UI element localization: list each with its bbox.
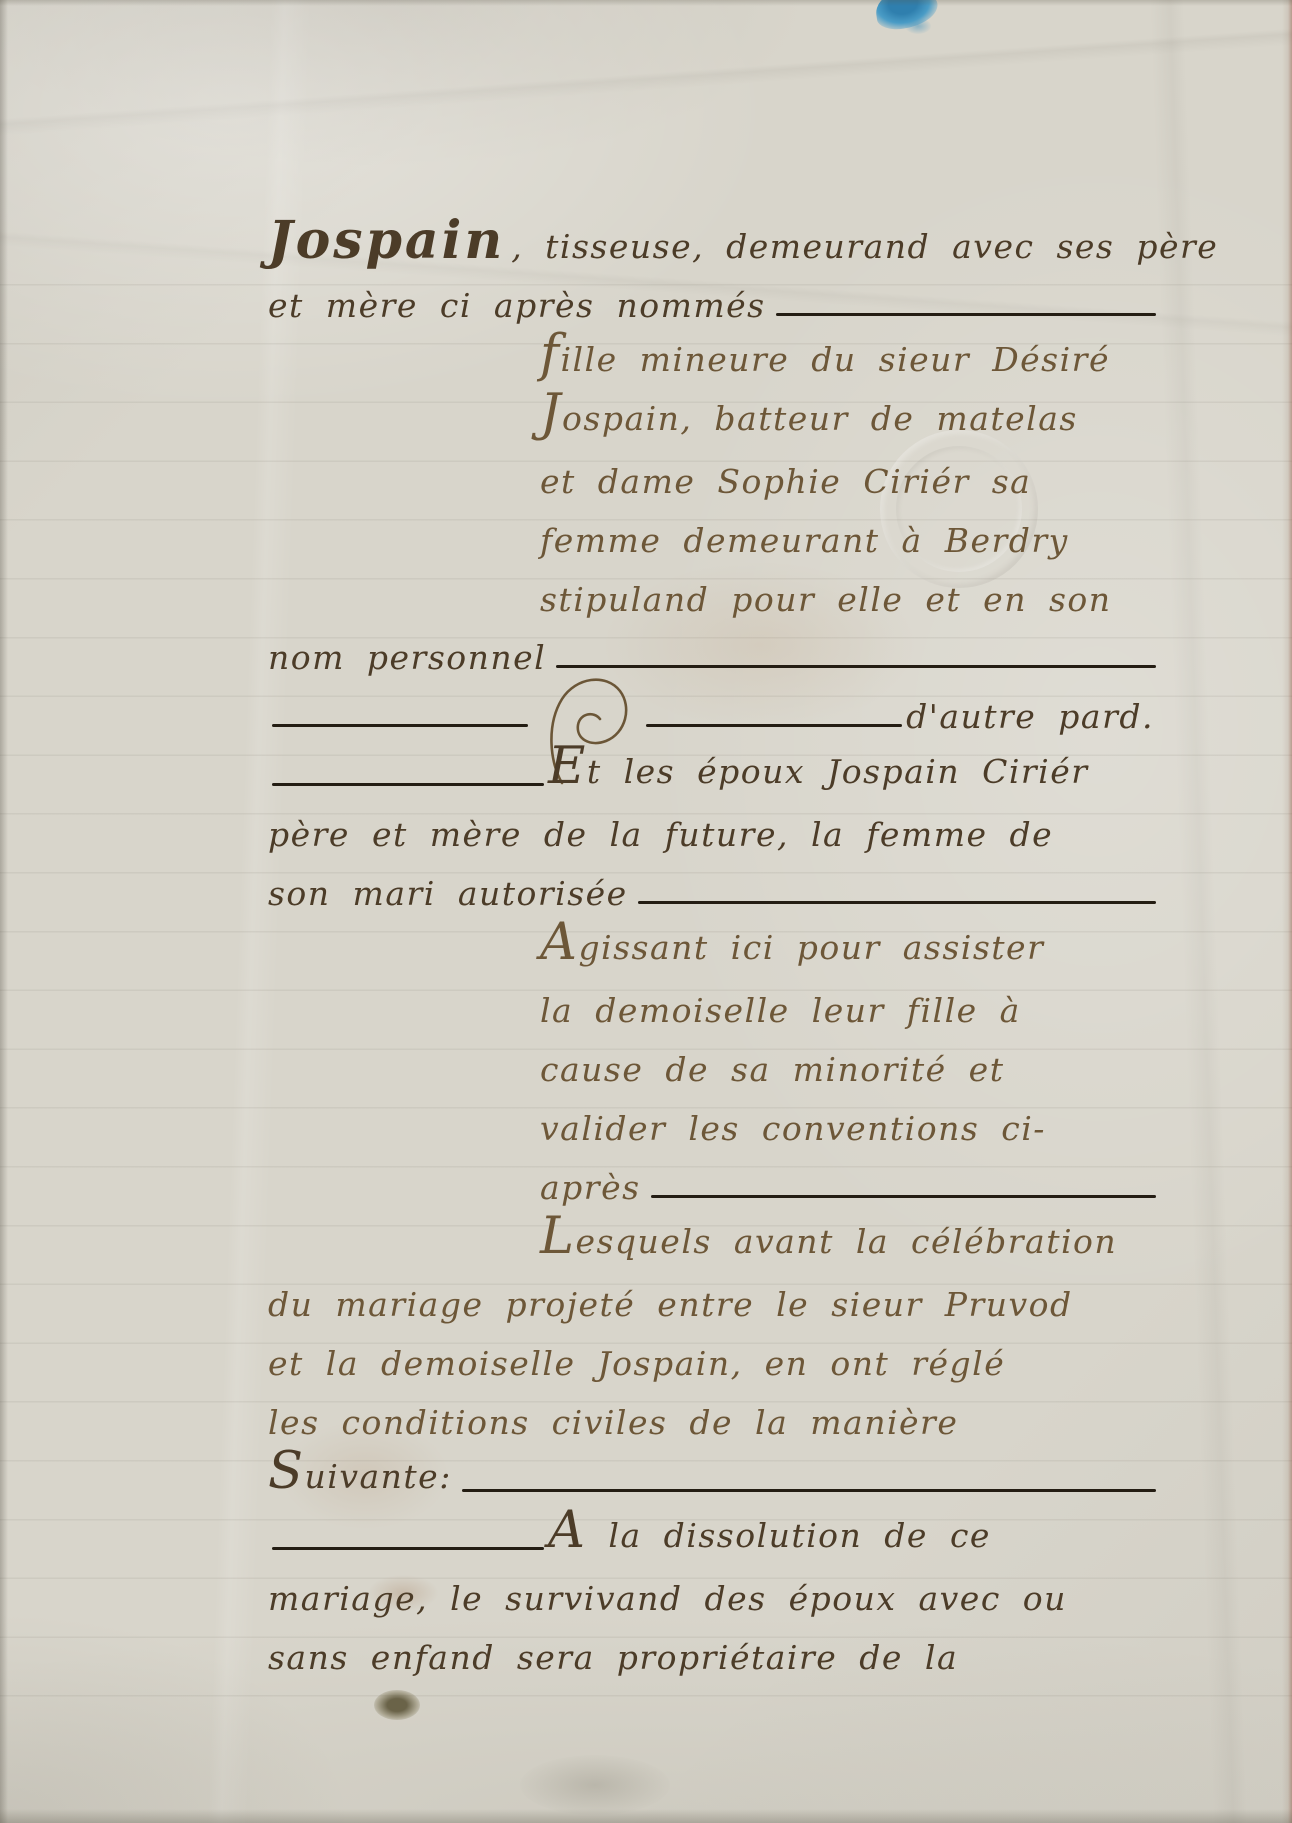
manuscript-line: son mari autorisée [268, 857, 1160, 916]
page-bottom-edge [0, 1809, 1292, 1823]
ink-rule-filler [646, 724, 902, 727]
manuscript-line: après [540, 1151, 1160, 1210]
blue-ink-stain-small [905, 18, 931, 34]
manuscript-line: et la demoiselle Jospain, en ont réglé [268, 1327, 1160, 1386]
handwritten-text: Jospain, batteur de matelas [540, 388, 1084, 445]
manuscript-line: cause de sa minorité et [540, 1033, 1160, 1092]
manuscript-line: Jospain, tisseuse, demeurand avec ses pè… [268, 210, 1160, 269]
handwritten-text: et mère ci après nommés [268, 289, 772, 328]
handwritten-text: stipuland pour elle et en son [540, 583, 1118, 622]
manuscript-line: et mère ci après nommés [268, 269, 1160, 328]
handwritten-text: la demoiselle leur fille à [540, 994, 1027, 1033]
handwritten-text: fille mineure du sieur Désiré [540, 329, 1116, 386]
handwritten-text: et dame Sophie Ciriér sa [540, 465, 1037, 504]
page-top-edge [0, 0, 1292, 6]
handwritten-text: d'autre pard. [906, 700, 1160, 739]
handwritten-text: Agissant ici pour assister [540, 917, 1050, 974]
handwritten-text: et la demoiselle Jospain, en ont réglé [268, 1347, 1011, 1386]
ink-rule-filler [462, 1489, 1156, 1492]
manuscript-line: nom personnel [268, 622, 1160, 681]
page-right-edge [1282, 0, 1292, 1823]
handwritten-text: Jospain [268, 215, 511, 269]
handwritten-text: les conditions civiles de la manière [268, 1406, 964, 1445]
manuscript-line: et dame Sophie Ciriér sa [540, 445, 1160, 504]
handwritten-text: femme demeurant à Berdry [540, 524, 1075, 563]
handwritten-text: nom personnel [268, 641, 552, 680]
ink-rule-filler [272, 724, 528, 727]
handwritten-text: , tisseuse, demeurand avec ses père [511, 230, 1224, 269]
dark-ink-spot [374, 1690, 420, 1720]
manuscript-line: du mariage projeté entre le sieur Pruvod [268, 1268, 1160, 1327]
manuscript-text: Jospain, tisseuse, demeurand avec ses pè… [268, 210, 1160, 1680]
ink-rule-filler [651, 1195, 1156, 1198]
manuscript-line: fille mineure du sieur Désiré [540, 328, 1160, 387]
manuscript-line: femme demeurant à Berdry [540, 504, 1160, 563]
manuscript-line: A la dissolution de ce [268, 1504, 1160, 1563]
gray-smudge [520, 1755, 670, 1815]
handwritten-text: sans enfand sera propriétaire de la [268, 1641, 964, 1680]
manuscript-line: père et mère de la future, la femme de [268, 798, 1160, 857]
manuscript-line: mariage, le survivand des époux avec ou [268, 1562, 1160, 1621]
handwritten-text: du mariage projeté entre le sieur Pruvod [268, 1288, 1079, 1327]
ink-rule-filler [638, 901, 1156, 904]
handwritten-text: Lesquels avant la célébration [540, 1211, 1123, 1268]
manuscript-line: Jospain, batteur de matelas [540, 386, 1160, 445]
manuscript-line: valider les conventions ci- [540, 1092, 1160, 1151]
manuscript-line: d'autre pard. [268, 680, 1160, 739]
handwritten-text: valider les conventions ci- [540, 1112, 1052, 1151]
manuscript-line: sans enfand sera propriétaire de la [268, 1621, 1160, 1680]
scanned-document: { "page": { "kind": "handwritten notaria… [0, 0, 1292, 1823]
handwritten-text: A la dissolution de ce [548, 1505, 997, 1562]
manuscript-line: Suivante: [268, 1445, 1160, 1504]
page-left-edge [0, 0, 8, 1823]
manuscript-line: la demoiselle leur fille à [540, 974, 1160, 1033]
handwritten-text: mariage, le survivand des époux avec ou [268, 1582, 1073, 1621]
ink-rule-filler [272, 783, 544, 786]
ink-rule-filler [556, 665, 1156, 668]
manuscript-line: Agissant ici pour assister [540, 916, 1160, 975]
manuscript-line: les conditions civiles de la manière [268, 1386, 1160, 1445]
handwritten-text: père et mère de la future, la femme de [268, 818, 1059, 857]
manuscript-line: Lesquels avant la célébration [540, 1210, 1160, 1269]
handwritten-text: Suivante: [268, 1446, 458, 1503]
ink-rule-filler [272, 1547, 544, 1550]
ink-rule-filler [776, 313, 1156, 316]
handwritten-text: Et les époux Jospain Ciriér [548, 741, 1095, 798]
handwritten-text: après [540, 1171, 647, 1210]
manuscript-line: Et les époux Jospain Ciriér [268, 739, 1160, 798]
manuscript-line: stipuland pour elle et en son [540, 563, 1160, 622]
handwritten-text: son mari autorisée [268, 877, 634, 916]
handwritten-text: cause de sa minorité et [540, 1053, 1010, 1092]
